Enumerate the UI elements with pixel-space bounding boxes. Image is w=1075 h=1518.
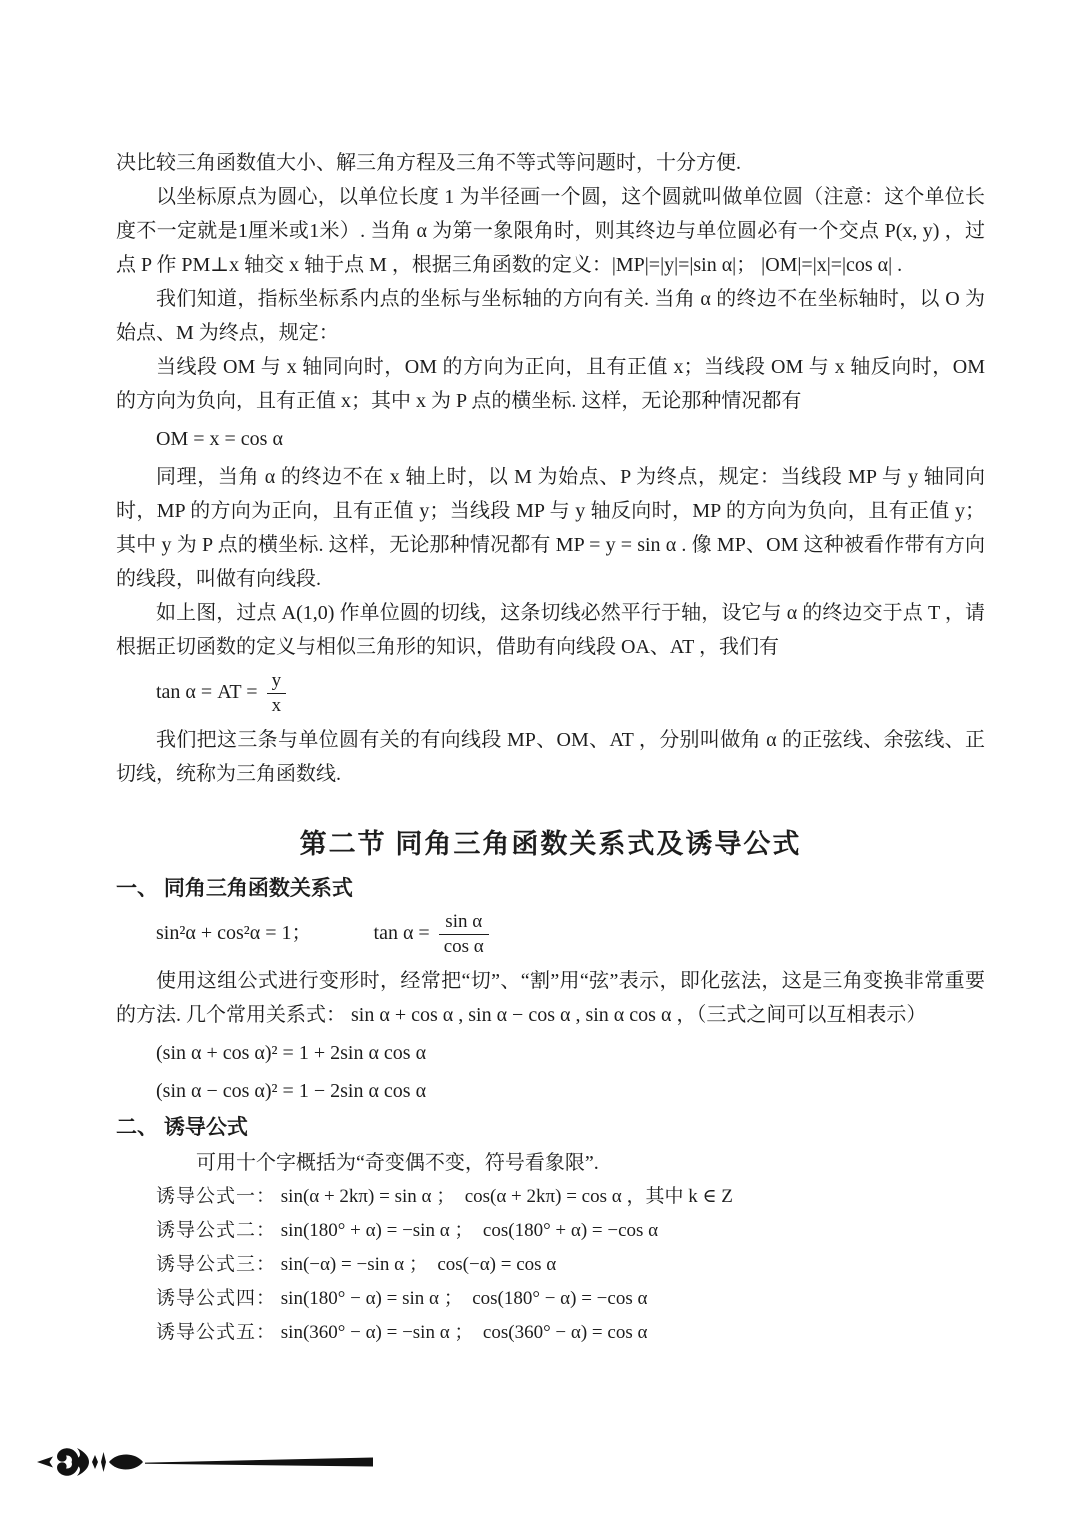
section-title: 第二节 同角三角函数关系式及诱导公式 [116, 825, 985, 863]
identity-tan-lhs: tan α = [374, 922, 430, 944]
page-content: 决比较三角函数值大小、解三角方程及三角不等式等问题时，十分方便. 以坐标原点为圆… [116, 146, 985, 1350]
formula-diff-square: (sin α − cos α)² = 1 − 2sin α cos α [116, 1074, 985, 1108]
formula-text: (sin α − cos α)² = 1 − 2sin α cos α [156, 1080, 426, 1102]
formula-label: 诱导公式三： [156, 1254, 276, 1275]
formula-text: sin(180° + α) = −sin α ； cos(180° + α) =… [281, 1220, 658, 1241]
fraction-denominator: x [267, 694, 287, 717]
paragraph-mnemonic: 可用十个字概括为“奇变偶不变，符号看象限”. [116, 1146, 985, 1180]
formula-text: (sin α + cos α)² = 1 + 2sin α cos α [156, 1042, 426, 1064]
fraction: sin α cos α [439, 911, 489, 958]
formula-text: sin(360° − α) = −sin α ； cos(360° − α) =… [281, 1322, 648, 1343]
paragraph-tangent-line: 如上图，过点 A(1,0) 作单位圆的切线，这条切线必然平行于轴，设它与 α 的… [116, 596, 985, 664]
flourish-icon [35, 1440, 375, 1484]
formula-lhs: tan α = AT = [156, 681, 258, 703]
heading-induction-formulas: 二、 诱导公式 [116, 1112, 985, 1144]
induction-formula-2: 诱导公式二： sin(180° + α) = −sin α ； cos(180°… [116, 1214, 985, 1248]
formula-sum-square: (sin α + cos α)² = 1 + 2sin α cos α [116, 1036, 985, 1070]
formula-tan-at: tan α = AT = y x [116, 668, 985, 719]
document-page: 决比较三角函数值大小、解三角方程及三角不等式等问题时，十分方便. 以坐标原点为圆… [0, 0, 1075, 1518]
paragraph-mp-direction: 同理，当角 α 的终边不在 x 轴上时，以 M 为始点、P 为终点，规定：当线段… [116, 460, 985, 596]
fraction-denominator: cos α [439, 935, 489, 958]
induction-formula-5: 诱导公式五： sin(360° − α) = −sin α ； cos(360°… [116, 1316, 985, 1350]
fraction: y x [267, 670, 287, 717]
heading-same-angle-relations: 一、 同角三角函数关系式 [116, 873, 985, 905]
paragraph-om-direction: 当线段 OM 与 x 轴同向时，OM 的方向为正向，且有正值 x；当线段 OM … [116, 350, 985, 418]
induction-formula-4: 诱导公式四： sin(180° − α) = sin α ； cos(180° … [116, 1282, 985, 1316]
paragraph-trig-lines-summary: 我们把这三条与单位圆有关的有向线段 MP、OM、AT ，分别叫做角 α 的正弦线… [116, 723, 985, 791]
formula-label: 诱导公式四： [156, 1288, 276, 1309]
formula-label: 诱导公式五： [156, 1322, 276, 1343]
fraction-numerator: sin α [439, 911, 489, 935]
formula-text: sin(−α) = −sin α ； cos(−α) = cos α [281, 1254, 556, 1275]
formula-om-cos: OM = x = cos α [116, 422, 985, 456]
formula-label: 诱导公式一： [156, 1186, 276, 1207]
formula-text: sin(α + 2kπ) = sin α ； cos(α + 2kπ) = co… [281, 1186, 733, 1207]
paragraph-direction-intro: 我们知道，指标坐标系内点的坐标与坐标轴的方向有关. 当角 α 的终边不在坐标轴时… [116, 282, 985, 350]
formula-identity: sin²α + cos²α = 1； tan α = sin α cos α [116, 909, 985, 960]
paragraph-continuation: 决比较三角函数值大小、解三角方程及三角不等式等问题时，十分方便. [116, 146, 985, 180]
formula-label: 诱导公式二： [156, 1220, 276, 1241]
induction-formula-1: 诱导公式一： sin(α + 2kπ) = sin α ； cos(α + 2k… [116, 1180, 985, 1214]
formula-text: sin(180° − α) = sin α ； cos(180° − α) = … [281, 1288, 648, 1309]
fraction-numerator: y [267, 670, 287, 694]
paragraph-huaxianfa: 使用这组公式进行变形时，经常把“切”、“割”用“弦”表示，即化弦法，这是三角变换… [116, 964, 985, 1032]
induction-formula-3: 诱导公式三： sin(−α) = −sin α ； cos(−α) = cos … [116, 1248, 985, 1282]
identity-lhs: sin²α + cos²α = 1； [156, 922, 312, 944]
formula-text: OM = x = cos α [156, 428, 283, 450]
paragraph-unit-circle: 以坐标原点为圆心，以单位长度 1 为半径画一个圆，这个圆就叫做单位圆（注意：这个… [116, 180, 985, 282]
